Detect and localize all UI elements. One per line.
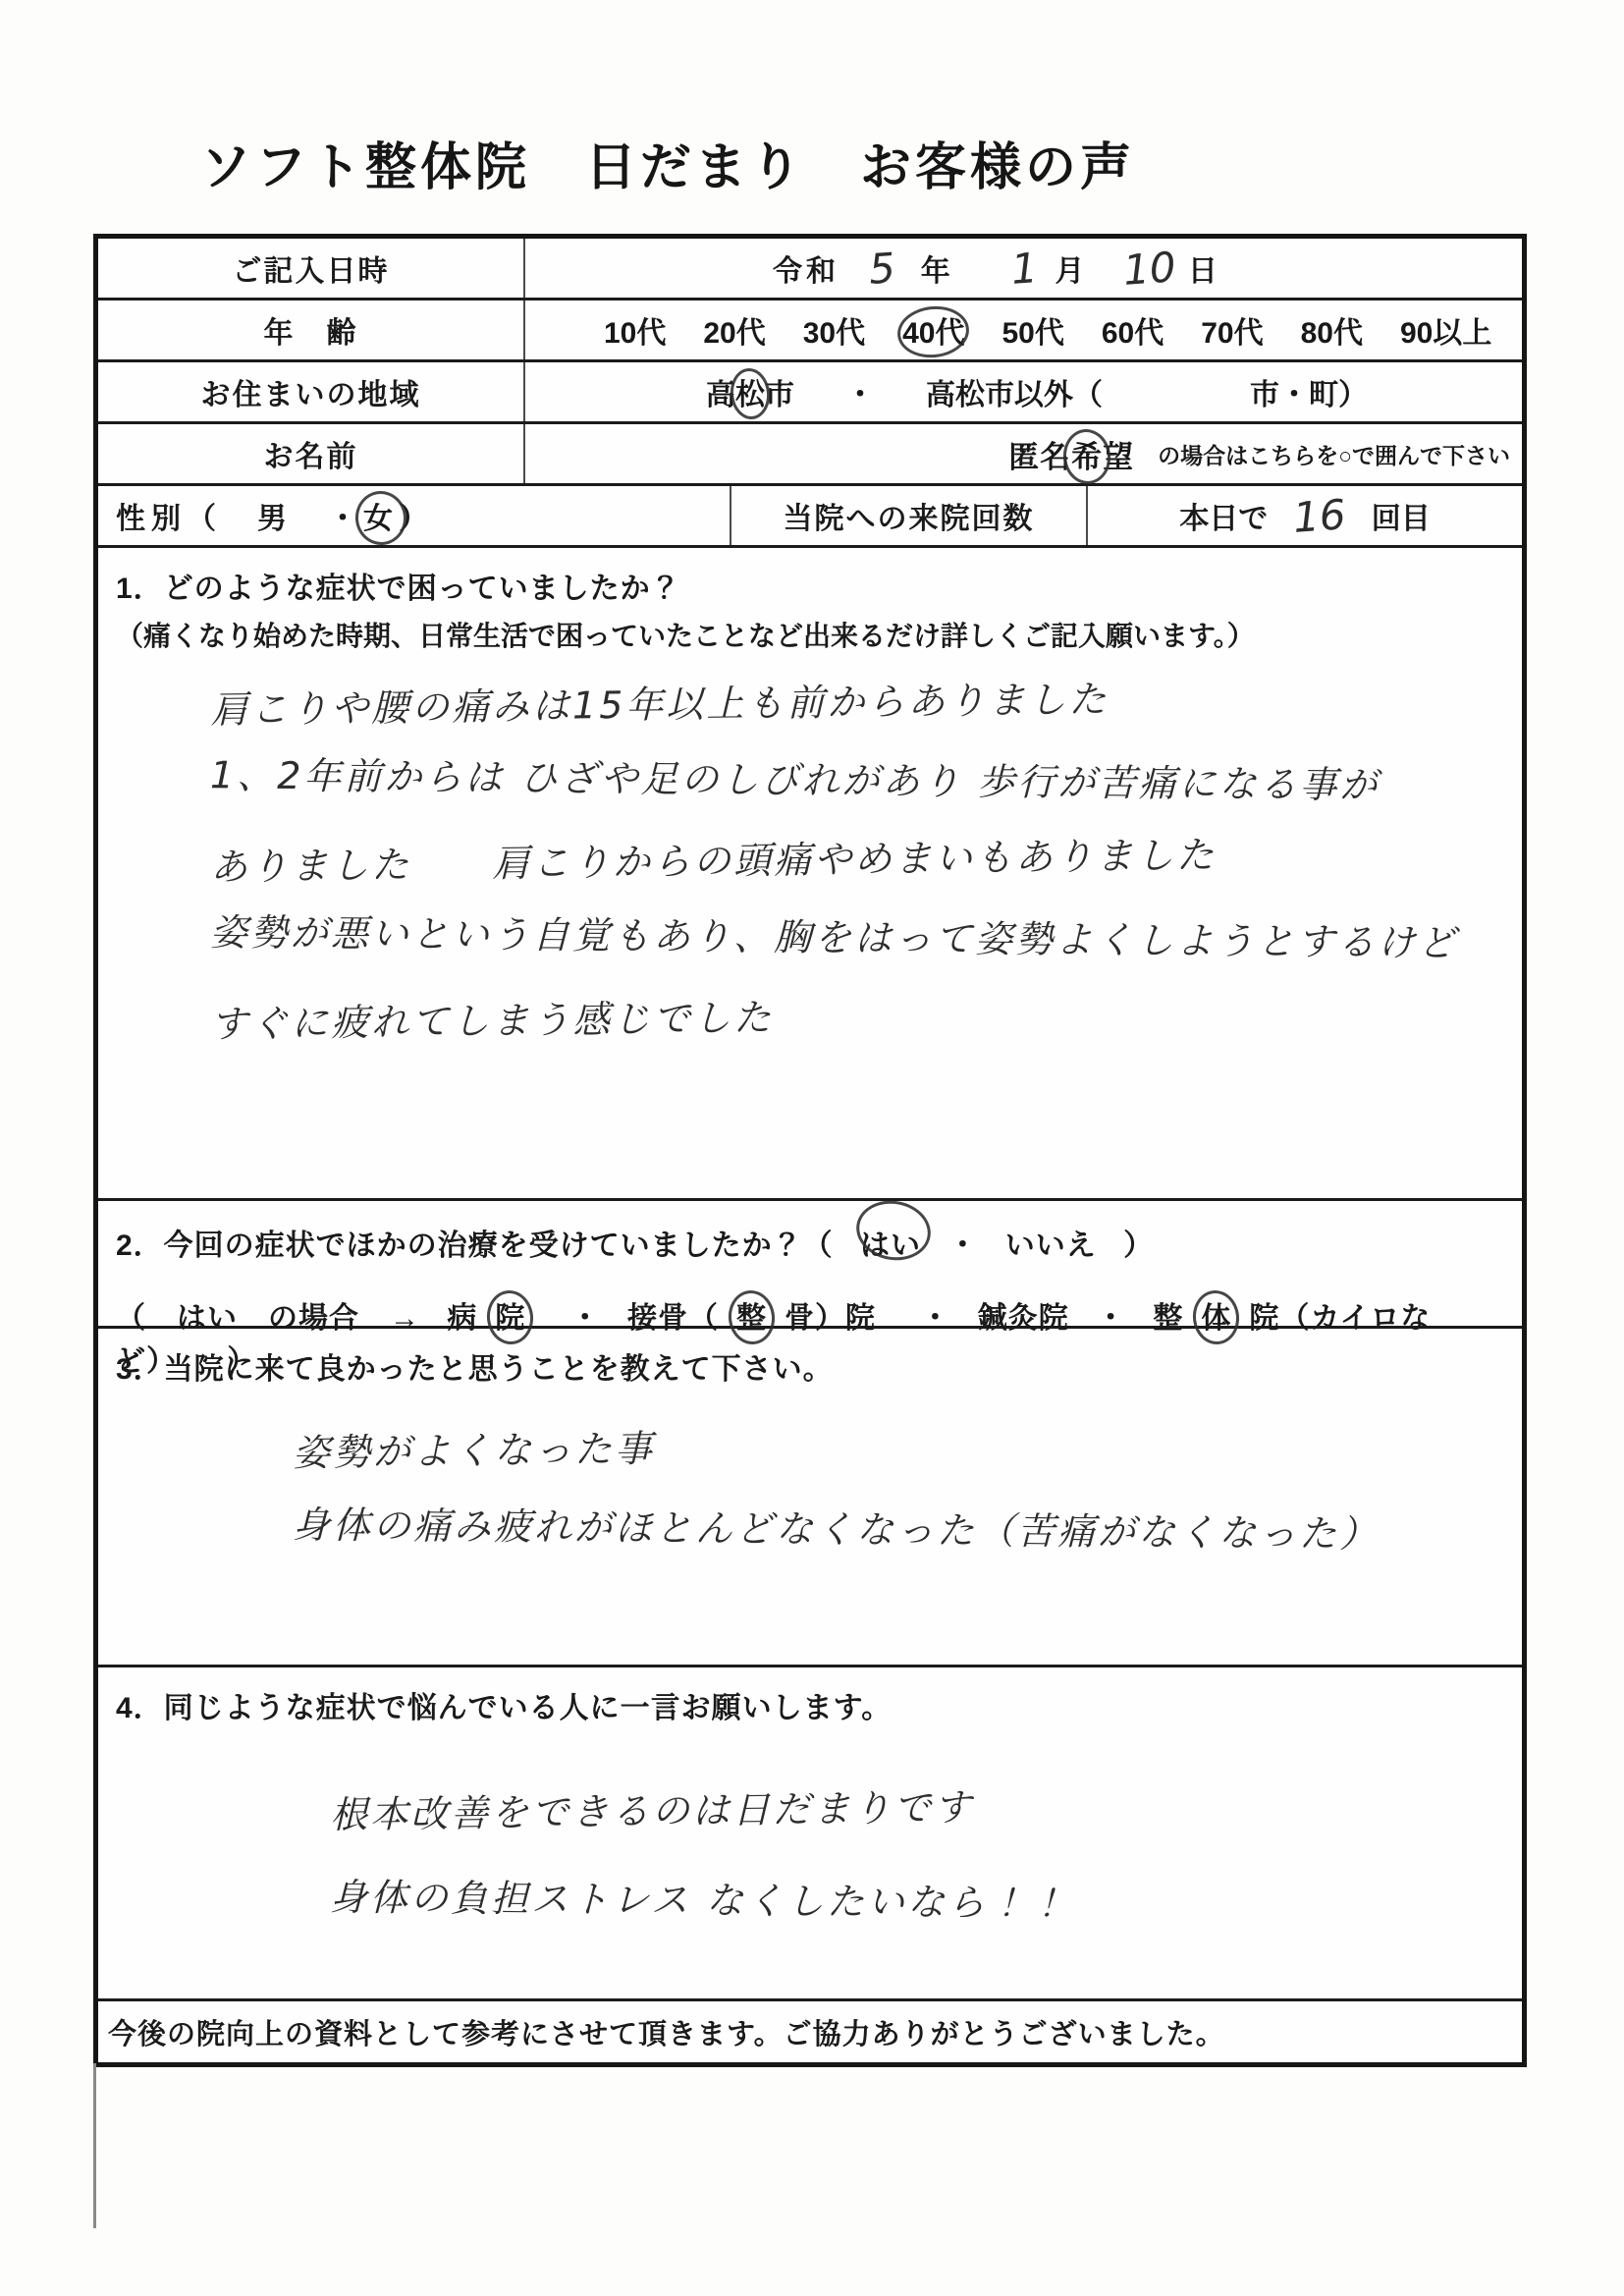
- q2-sekkotsu: 接骨（整骨）院: [627, 1302, 893, 1335]
- age-option-50s: 50代: [1002, 308, 1064, 352]
- row-area: お住まいの地域 高松市 ・ 高松市以外（ 市・町）: [98, 362, 1522, 424]
- row-date: ご記入日時 令和 5 年 1 月 10 日: [98, 239, 1522, 301]
- q2-dot-1: ・: [947, 1230, 978, 1262]
- age-option-80s: 80代: [1301, 308, 1363, 352]
- age-options: 10代 20代 30代 40代 50代 60代 70代 80代 90以上: [525, 301, 1522, 359]
- q2-shinkyu: 鍼灸院: [978, 1302, 1069, 1335]
- answer-line: ありました 肩こりからの頭痛やめまいもありました: [210, 829, 1504, 890]
- q2-dot-4: ・: [1096, 1302, 1126, 1335]
- question-1-heading: 1．どのような症状で困っていましたか？: [116, 564, 1504, 607]
- day-handwritten: 10: [1122, 243, 1178, 295]
- visits-count-handwritten: 16: [1292, 490, 1348, 542]
- seitai-circled-char: 体: [1201, 1293, 1231, 1337]
- age-option-60s: 60代: [1102, 308, 1164, 352]
- area-separator-dot: ・: [845, 370, 875, 413]
- question-3-answer: 姿勢がよくなった事 身体の痛み疲れがほとんどなくなった（苦痛がなくなった）: [293, 1423, 1504, 1553]
- name-label: お名前: [98, 424, 525, 483]
- answer-line: 1、2年前からは ひざや足のしびれがあり 歩行が苦痛になる事が: [210, 752, 1504, 808]
- question-1-answer: 肩こりや腰の痛みは15年以上も前からありました 1、2年前からは ひざや足のしび…: [210, 680, 1504, 1039]
- age-option-40s-circled: 40代: [902, 308, 964, 352]
- hospital-circled-char: 院: [495, 1293, 525, 1337]
- date-value: 令和 5 年 1 月 10 日: [525, 239, 1522, 298]
- answer-line: 身体の痛み疲れがほとんどなくなった（苦痛がなくなった）: [293, 1503, 1504, 1558]
- visits-count-unit: 回目: [1372, 494, 1431, 537]
- age-option-70s: 70代: [1201, 308, 1263, 352]
- answer-line: 根本改善をできるのは日だまりです: [330, 1778, 1504, 1838]
- date-label: ご記入日時: [98, 239, 525, 298]
- row-name: お名前 匿名希望 の場合はこちらを○で囲んで下さい: [98, 424, 1522, 486]
- hospital-pre: 病: [447, 1302, 477, 1335]
- month-unit: 月: [1055, 246, 1084, 290]
- sekkotsu-circled-char: 整: [736, 1293, 767, 1337]
- area-label: お住まいの地域: [98, 362, 525, 421]
- visits-today-label: 本日で: [1179, 494, 1268, 537]
- anonymous-note: の場合はこちらを○で囲んで下さい: [1158, 438, 1510, 470]
- day-unit: 日: [1188, 246, 1218, 290]
- area-other-option: 高松市以外（: [926, 370, 1103, 413]
- answer-line: 姿勢が悪いという自覚もあり、胸をはって姿勢よくしようとするけど: [210, 909, 1504, 965]
- gender-pre: 性別（ 男 ・: [116, 494, 363, 537]
- q2-head-post: ）: [1123, 1230, 1154, 1262]
- question-3-heading: 3．当院に来て良かったと思うことを教えて下さい。: [116, 1344, 1504, 1388]
- scan-artifact-line: [93, 2063, 96, 2228]
- answer-line: 身体の負担ストレス なくしたいなら！！: [330, 1875, 1504, 1930]
- question-4-box: 4．同じような症状で悩んでいる人に一言お願いします。 根本改善をできるのは日だま…: [98, 1667, 1522, 2001]
- age-option-20s: 20代: [703, 308, 765, 352]
- visits-label: 当院への来院回数: [731, 486, 1088, 545]
- scanned-feedback-form: ソフト整体院 日だまり お客様の声 ご記入日時 令和 5 年 1 月 10 日 …: [0, 0, 1624, 2296]
- q2-line2-pre: （ はい の場合 →: [116, 1302, 420, 1335]
- answer-line: すぐに疲れてしまう感じでした: [210, 986, 1504, 1047]
- age-option-10s: 10代: [604, 308, 666, 352]
- question-4-answer: 根本改善をできるのは日だまりです 身体の負担ストレス なくしたいなら！！: [330, 1785, 1504, 1925]
- gender-post: ）: [399, 494, 434, 537]
- q2-yes-circled: はい: [860, 1221, 921, 1264]
- age-label: 年 齢: [98, 301, 525, 359]
- age-option-30s: 30代: [803, 308, 865, 352]
- question-4-heading: 4．同じような症状で悩んでいる人に一言お願いします。: [116, 1683, 1504, 1726]
- year-unit: 年: [921, 246, 950, 290]
- question-2-box: 2．今回の症状でほかの治療を受けていましたか？（ はい ・ いいえ ） （ はい…: [98, 1201, 1522, 1329]
- area-city-post: 市: [765, 370, 794, 413]
- area-value: 高松市 ・ 高松市以外（ 市・町）: [525, 362, 1522, 421]
- question-1-box: 1．どのような症状で困っていましたか？ （痛くなり始めた時期、日常生活で困ってい…: [98, 548, 1522, 1201]
- area-other-unit: 市・町）: [1250, 370, 1368, 413]
- anon-pre: 匿名: [1008, 440, 1071, 474]
- name-value: 匿名希望 の場合はこちらを○で囲んで下さい: [525, 424, 1522, 483]
- footer-thanks-note: 今後の院向上の資料として参考にさせて頂きます。ご協力ありがとうございました。: [98, 2001, 1522, 2062]
- question-1-note: （痛くなり始めた時期、日常生活で困っていたことなど出来るだけ詳しくご記入願います…: [116, 615, 1504, 654]
- sekkotsu-post: 骨）院: [785, 1302, 876, 1335]
- anon-post: 望: [1103, 440, 1134, 474]
- anon-circled-char: 希: [1071, 432, 1103, 476]
- question-3-box: 3．当院に来て良かったと思うことを教えて下さい。 姿勢がよくなった事 身体の痛み…: [98, 1329, 1522, 1667]
- q2-head-pre: 2．今回の症状でほかの治療を受けていましたか？（: [116, 1230, 834, 1262]
- row-gender-visits: 性別（ 男 ・ 女 ） 当院への来院回数 本日で 16 回目: [98, 486, 1522, 548]
- month-handwritten: 1: [1009, 244, 1039, 294]
- q2-hospital: 病院: [447, 1302, 543, 1335]
- feedback-form-table: ご記入日時 令和 5 年 1 月 10 日 年 齢 10代 20代 30代 40…: [93, 234, 1527, 2067]
- anonymous-option: 匿名希望: [1008, 432, 1134, 476]
- row-age: 年 齢 10代 20代 30代 40代 50代 60代 70代 80代 90以上: [98, 301, 1522, 362]
- sekkotsu-pre: 接骨（: [627, 1302, 719, 1335]
- area-city-circled: 松: [735, 370, 765, 413]
- page-title: ソフト整体院 日だまり お客様の声: [93, 126, 1242, 199]
- q2-no-option: いいえ: [1005, 1230, 1097, 1262]
- age-option-90plus: 90以上: [1400, 308, 1491, 352]
- answer-line: 姿勢がよくなった事: [293, 1415, 1504, 1475]
- q2-dot-2: ・: [570, 1302, 601, 1335]
- year-handwritten: 5: [867, 244, 896, 294]
- era-text: 令和: [773, 246, 839, 290]
- visits-value: 本日で 16 回目: [1088, 486, 1522, 545]
- q2-dot-3: ・: [920, 1302, 950, 1335]
- gender-cell: 性別（ 男 ・ 女 ）: [98, 486, 731, 545]
- area-city-pre: 高: [706, 370, 735, 413]
- seitai-pre: 整: [1153, 1302, 1183, 1335]
- answer-line: 肩こりや腰の痛みは15年以上も前からありました: [210, 672, 1504, 733]
- gender-selected-circled: 女: [363, 494, 399, 537]
- question-2-heading: 2．今回の症状でほかの治療を受けていましたか？（ はい ・ いいえ ）: [116, 1221, 1504, 1264]
